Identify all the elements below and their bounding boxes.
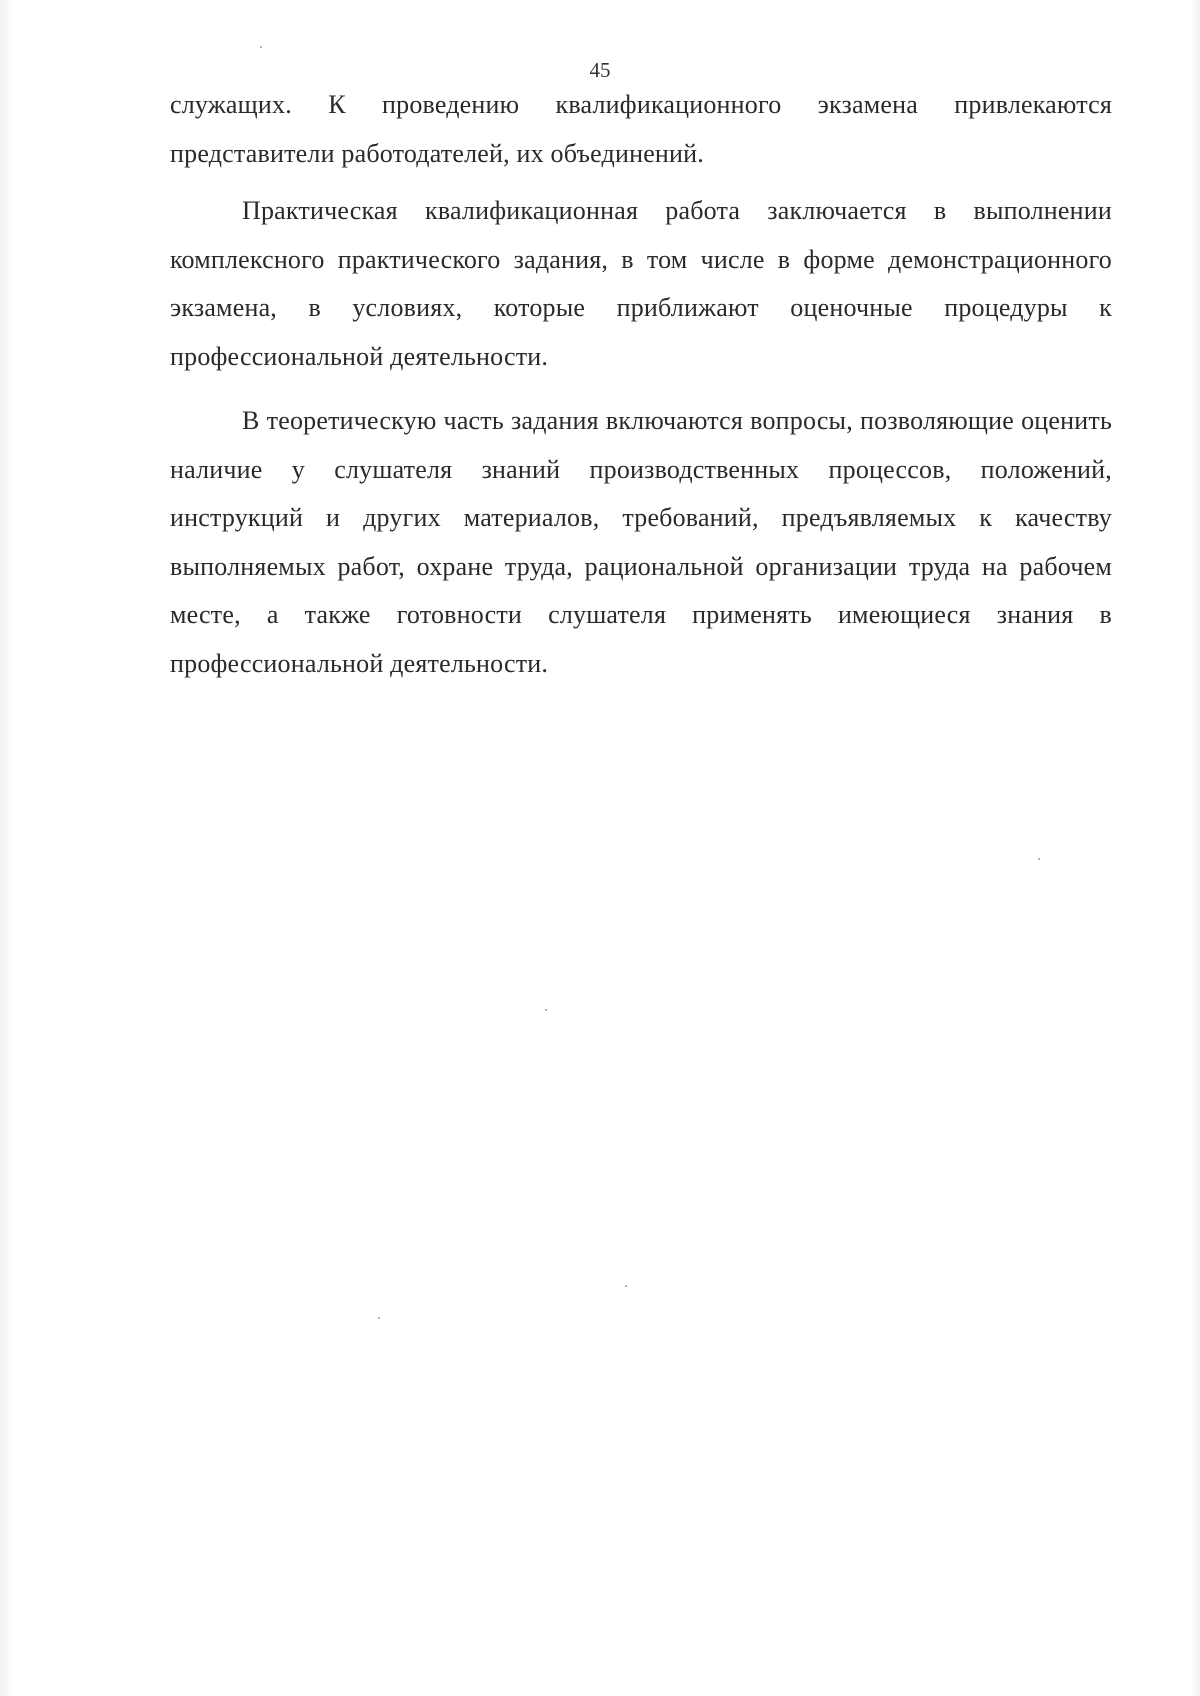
scan-speck: [625, 1285, 627, 1287]
scan-edge-left: [0, 0, 14, 1696]
scan-edge-right: [1190, 0, 1200, 1696]
page-number: 45: [0, 58, 1200, 83]
paragraph-theoretical-part: В теоретическую часть задания включаются…: [170, 397, 1112, 688]
paragraph-continuation: служащих. К проведению квалификационного…: [170, 81, 1112, 178]
scan-speck: [545, 1009, 547, 1011]
scan-speck: [1038, 858, 1040, 860]
scan-speck: [378, 1317, 380, 1319]
paragraph-practical-work: Практическая квалификационная работа зак…: [170, 187, 1112, 381]
scan-speck: [260, 46, 262, 48]
